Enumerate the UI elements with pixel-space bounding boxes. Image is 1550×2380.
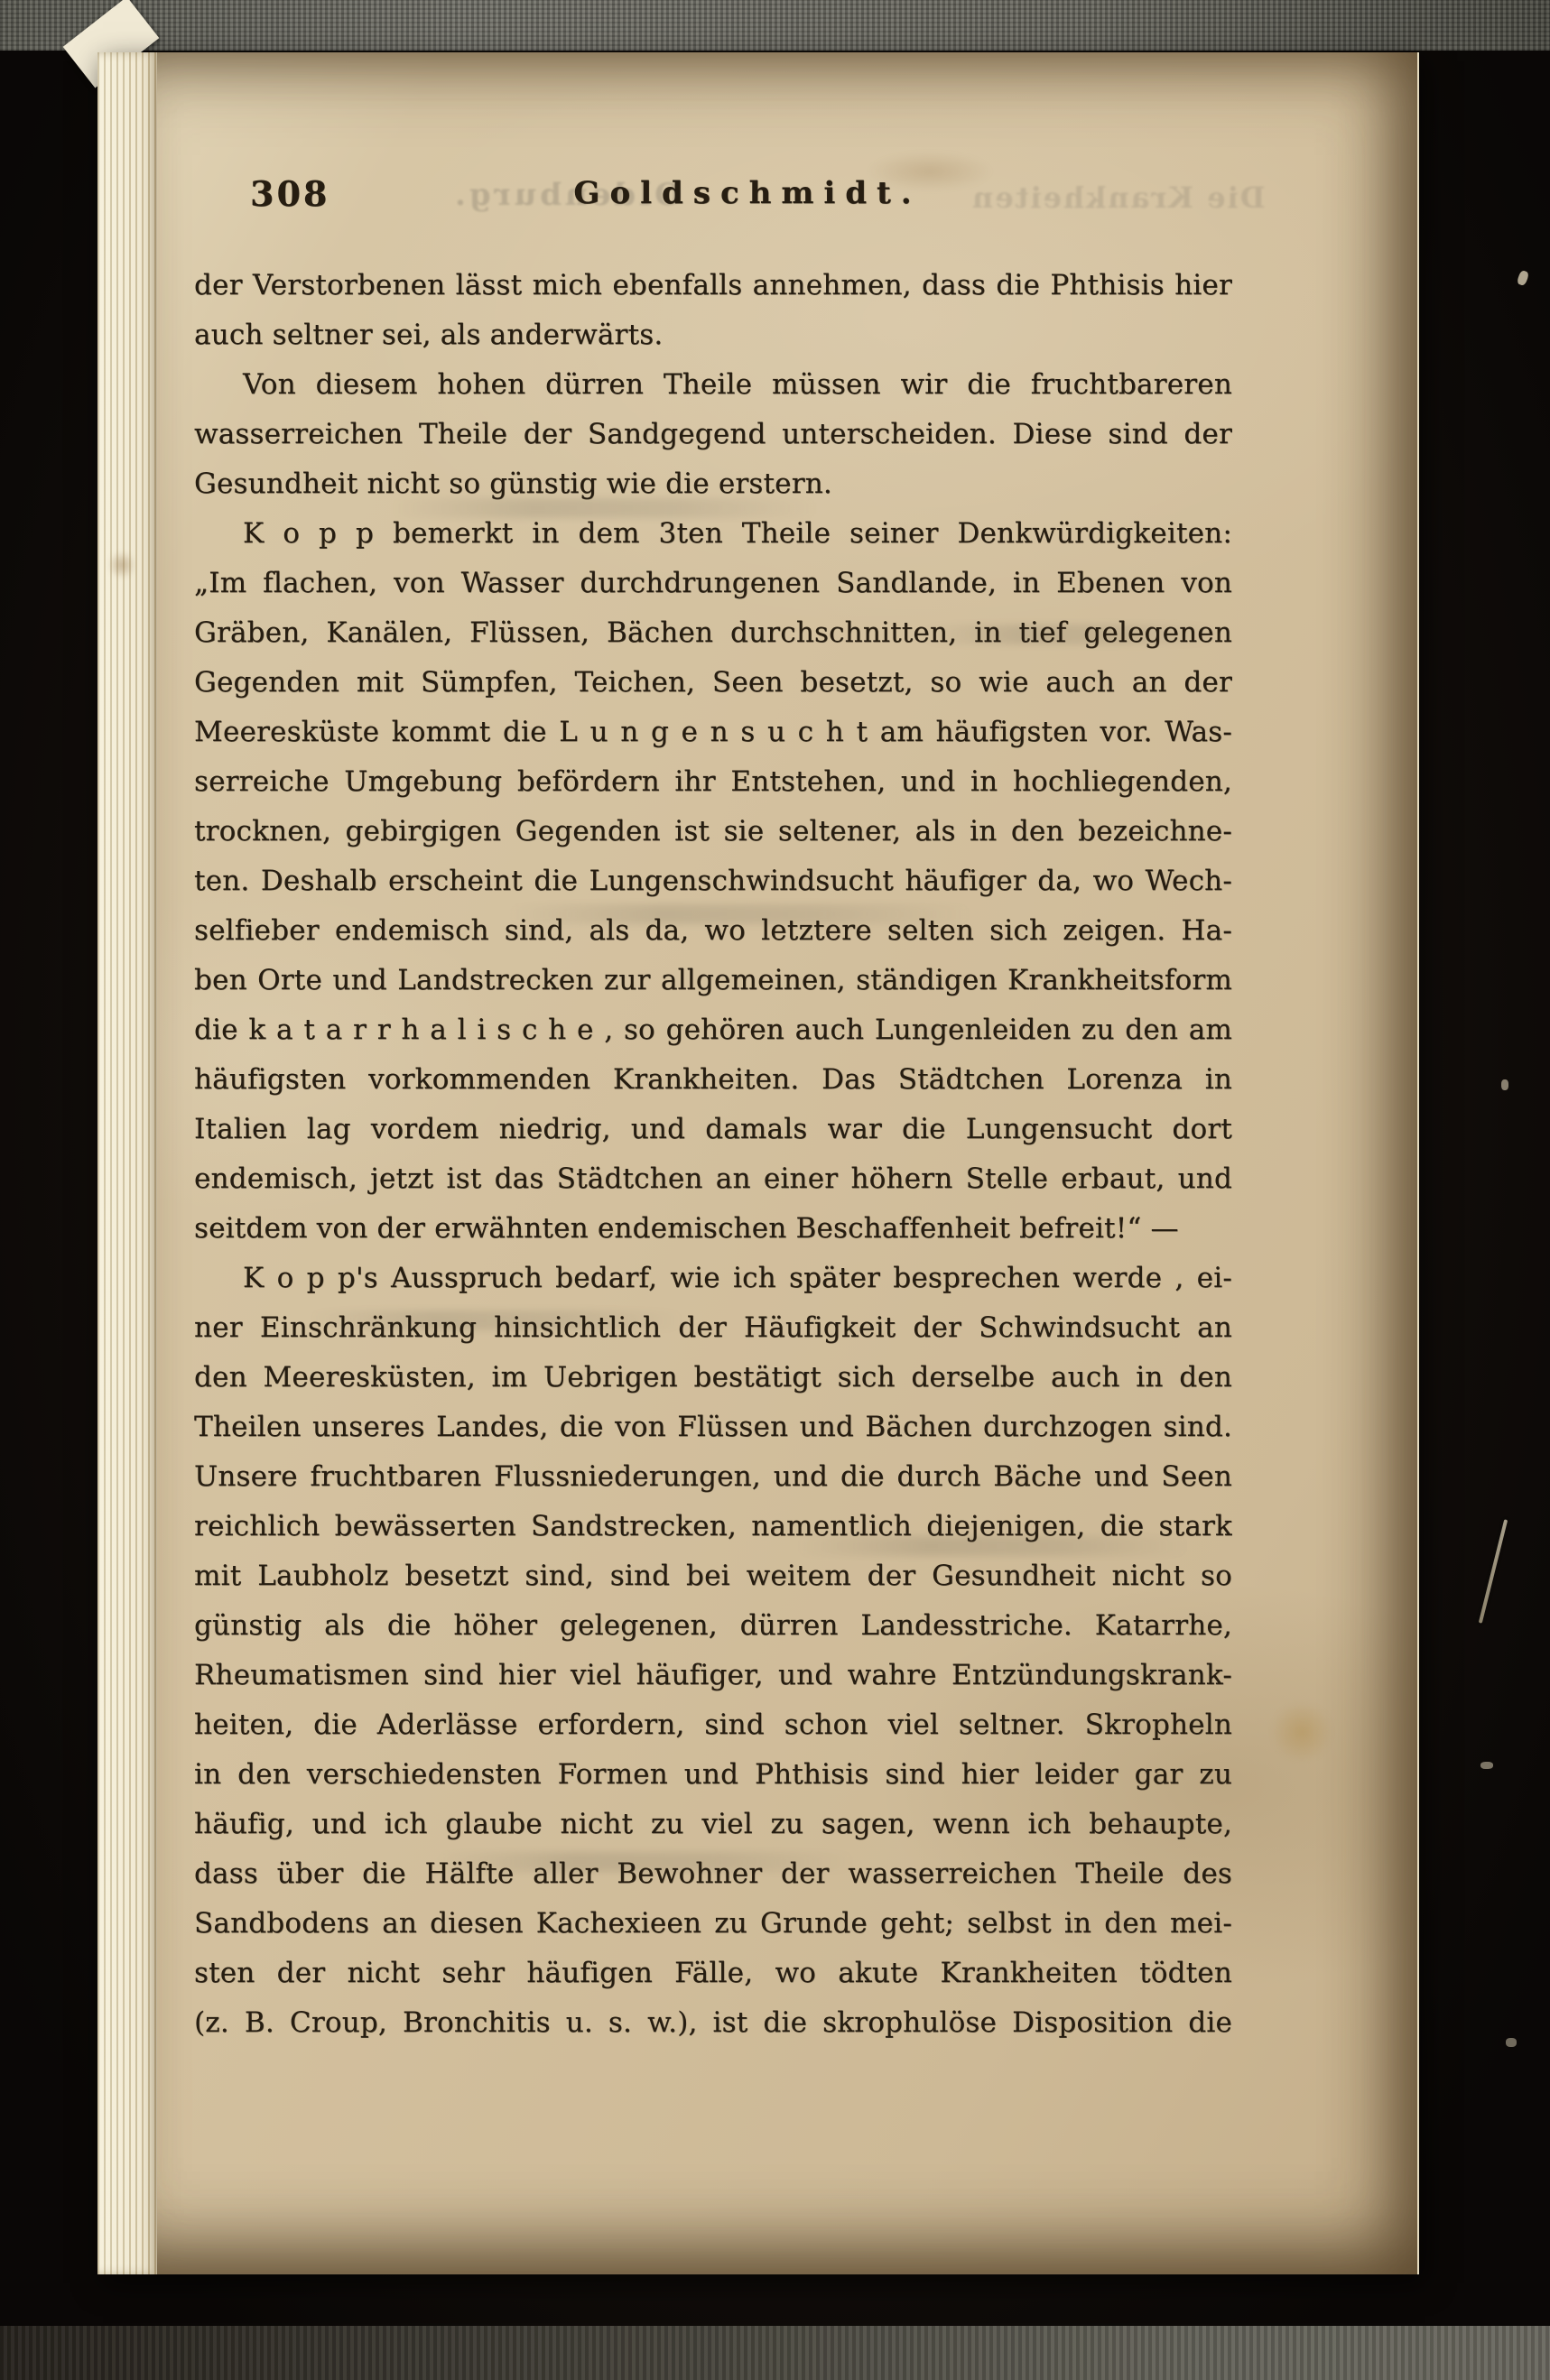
text-line: heiten, die Aderlässe erfordern, sind sc… (194, 1700, 1232, 1750)
text-line: endemisch, jetzt ist das Städtchen an ei… (194, 1154, 1232, 1204)
text-line: seitdem von der erwähnten endemischen Be… (194, 1204, 1232, 1254)
page-edge-speck (1501, 1079, 1508, 1090)
text-line: Theilen unseres Landes, die von Flüssen … (194, 1403, 1232, 1452)
text-line: Sandbodens an diesen Kachexieen zu Grund… (194, 1899, 1232, 1949)
text-line: K o p p's Ausspruch bedarf, wie ich spät… (194, 1254, 1232, 1303)
text-line: Rheumatismen sind hier viel häufiger, un… (194, 1651, 1232, 1700)
text-line: reichlich bewässerten Sandstrecken, name… (194, 1502, 1232, 1551)
text-line: Gegenden mit Sümpfen, Teichen, Seen bese… (194, 658, 1232, 708)
page-edge-speck (1506, 2038, 1517, 2047)
body-text: der Verstorbenen lässt mich ebenfalls an… (194, 261, 1232, 2048)
text-line: mit Laubholz besetzt sind, sind bei weit… (194, 1551, 1232, 1601)
text-line: auch seltner sei, als anderwärts. (194, 310, 1232, 360)
text-line: Italien lag vordem niedrig, und damals w… (194, 1105, 1232, 1154)
text-line: Meeresküste kommt die L u n g e n s u c … (194, 708, 1232, 757)
text-line: ner Einschränkung hinsichtlich der Häufi… (194, 1303, 1232, 1353)
text-line: die k a t a r r h a l i s c h e , so geh… (194, 1005, 1232, 1055)
page-header: 308 Goldschmidt. (194, 173, 1232, 218)
text-line: dass über die Hälfte aller Bewohner der … (194, 1849, 1232, 1899)
stacked-page-edges (97, 52, 157, 2274)
text-line: selfieber endemisch sind, als da, wo let… (194, 906, 1232, 956)
text-line: günstig als die höher gelegenen, dürren … (194, 1601, 1232, 1651)
page-edge-speck (1517, 270, 1530, 286)
text-line: häufig, und ich glaube nicht zu viel zu … (194, 1800, 1232, 1849)
book-cover-cloth-top (0, 0, 1550, 51)
text-line: in den verschiedensten Formen und Phthis… (194, 1750, 1232, 1800)
text-line: häufigsten vorkommenden Krankheiten. Das… (194, 1055, 1232, 1105)
text-line: Unsere fruchtbaren Flussniederungen, und… (194, 1452, 1232, 1502)
text-line: Gesundheit nicht so günstig wie die erst… (194, 459, 1232, 509)
paper-stain (107, 552, 137, 578)
scanned-book-photo: { "page": { "number": "308", "running_ti… (0, 0, 1550, 2380)
text-line: Gräben, Kanälen, Flüssen, Bächen durchsc… (194, 608, 1232, 658)
text-line: serreiche Umgebung befördern ihr Entsteh… (194, 757, 1232, 807)
text-line: „Im flachen, von Wasser durchdrungenen S… (194, 559, 1232, 608)
page-edge-speck (1480, 1762, 1493, 1769)
text-line: den Meeresküsten, im Uebrigen bestätigt … (194, 1353, 1232, 1403)
text-line: ten. Deshalb erscheint die Lungenschwind… (194, 857, 1232, 906)
running-title: Goldschmidt. (228, 175, 1267, 211)
text-line: der Verstorbenen lässt mich ebenfalls an… (194, 261, 1232, 310)
text-line: K o p p bemerkt in dem 3ten Theile seine… (194, 509, 1232, 559)
text-line: ben Orte und Landstrecken zur allgemeine… (194, 956, 1232, 1005)
text-line: (z. B. Croup, Bronchitis u. s. w.), ist … (194, 1998, 1232, 2048)
text-line: trocknen, gebirgigen Gegenden ist sie se… (194, 807, 1232, 857)
text-line: sten der nicht sehr häufigen Fälle, wo a… (194, 1949, 1232, 1998)
bookmark-thread (1479, 1519, 1508, 1623)
book-cover-cloth-bottom (0, 2326, 1550, 2380)
text-line: Von diesem hohen dürren Theile müssen wi… (194, 360, 1232, 410)
paper-stain (1268, 1704, 1335, 1760)
text-line: wasserreichen Theile der Sandgegend unte… (194, 410, 1232, 459)
